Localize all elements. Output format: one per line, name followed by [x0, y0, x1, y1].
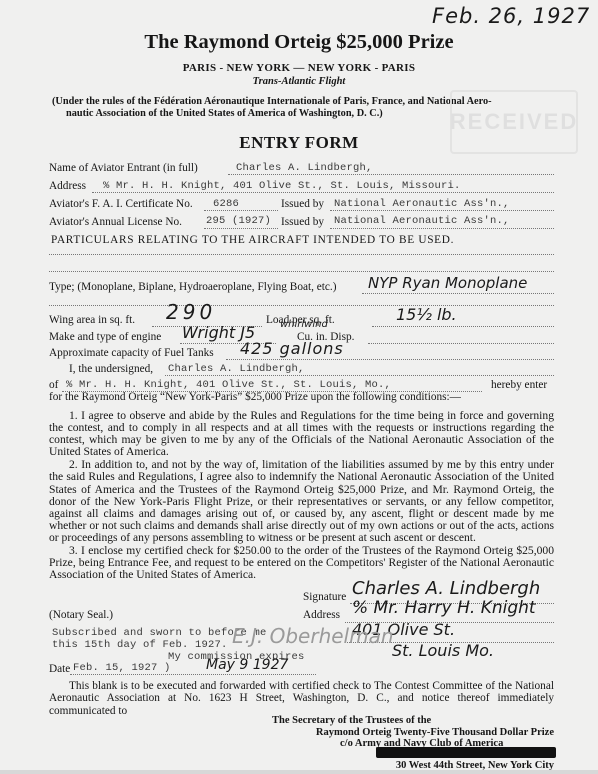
blank-line-2: [49, 271, 554, 272]
notary-seal: (Notary Seal.): [49, 609, 113, 621]
sig-address-label: Address: [303, 609, 340, 621]
conditions-text: 1. I agree to observe and abide by the R…: [49, 410, 554, 581]
fai-issued-value[interactable]: National Aeronautic Ass'n.,: [334, 198, 510, 210]
engine-label: Make and type of engine: [49, 331, 161, 343]
license-issued-value[interactable]: National Aeronautic Ass'n.,: [334, 215, 510, 227]
fai-issued-line: [330, 210, 554, 211]
blank-line-1: [49, 254, 554, 255]
document-title: The Raymond Orteig $25,000 Prize: [0, 31, 598, 54]
redaction-bar: [376, 747, 556, 758]
annual-license-label: Aviator's Annual License No.: [49, 216, 182, 228]
condition-3: 3. I enclose my certified check for $250…: [49, 545, 554, 581]
address-value[interactable]: % Mr. H. H. Knight, 401 Olive St., St. L…: [103, 180, 461, 192]
signature-label: Signature: [303, 591, 346, 603]
name-label: Name of Aviator Entrant (in full): [49, 162, 198, 174]
rules-note-line1: (Under the rules of the Fédération Aéron…: [52, 96, 492, 107]
undersigned-line: [165, 375, 554, 376]
name-value[interactable]: Charles A. Lindbergh,: [236, 162, 373, 174]
aircraft-heading: PARTICULARS RELATING TO THE AIRCRAFT INT…: [51, 234, 454, 246]
notary-signature: E.J. Oberhelman: [232, 624, 394, 648]
fuel-line: [226, 359, 554, 360]
route-line: PARIS - NEW YORK — NEW YORK - PARIS: [0, 62, 598, 74]
sig-address-line-1[interactable]: % Mr. Harry H. Knight: [352, 598, 536, 618]
load-value[interactable]: 15½ lb.: [396, 305, 457, 324]
annual-license-line: [204, 228, 278, 229]
conditions-intro: for the Raymond Orteig “New York-Paris” …: [49, 391, 461, 403]
wing-area-value[interactable]: 290: [166, 300, 216, 324]
recipient-line-2: Raymond Orteig Twenty-Five Thousand Doll…: [316, 727, 554, 738]
undersigned-label: I, the undersigned,: [69, 363, 153, 375]
entry-form-page: Feb. 26, 1927 The Raymond Orteig $25,000…: [0, 0, 598, 774]
fuel-label: Approximate capacity of Fuel Tanks: [49, 347, 214, 359]
sworn-line-2: this 15th day of Feb. 1927.: [52, 639, 228, 651]
license-issued-line: [330, 228, 554, 229]
signature-value[interactable]: Charles A. Lindbergh: [352, 578, 540, 599]
condition-2: 2. In addition to, and not by the way of…: [49, 459, 554, 544]
date-label: Date: [49, 663, 70, 675]
license-issued-label: Issued by: [281, 216, 324, 228]
fai-certificate-line: [204, 210, 278, 211]
page-bottom-edge: [0, 770, 598, 774]
rules-note-line2: nautic Association of the United States …: [66, 108, 383, 119]
engine-annotation: whirlwind: [280, 319, 328, 330]
type-value[interactable]: NYP Ryan Monoplane: [368, 274, 527, 292]
type-label: Type; (Monoplane, Biplane, Hydroaeroplan…: [49, 281, 337, 293]
fai-issued-label: Issued by: [281, 198, 324, 210]
undersigned-value[interactable]: Charles A. Lindbergh,: [168, 363, 305, 375]
disp-line: [368, 343, 554, 344]
form-heading: ENTRY FORM: [0, 133, 598, 153]
date-line: [70, 674, 316, 675]
fuel-value[interactable]: 425 gallons: [240, 339, 344, 358]
instructions-text: This blank is to be executed and forward…: [49, 680, 554, 717]
hereby-enter: hereby enter: [491, 379, 547, 391]
blank-line-3: [49, 305, 554, 306]
recipient-line-1: The Secretary of the Trustees of the: [272, 715, 431, 726]
of-value[interactable]: % Mr. H. H. Knight, 401 Olive St., St. L…: [66, 379, 391, 391]
type-line: [362, 293, 554, 294]
sig-address-line-3[interactable]: St. Louis Mo.: [392, 641, 494, 660]
condition-1: 1. I agree to observe and abide by the R…: [49, 410, 554, 458]
fai-certificate-label: Aviator's F. A. I. Certificate No.: [49, 198, 193, 210]
fai-certificate-value[interactable]: 6286: [213, 198, 239, 210]
load-line: [372, 326, 554, 327]
subtitle: Trans-Atlantic Flight: [0, 76, 598, 87]
handwritten-date: Feb. 26, 1927: [432, 4, 590, 28]
date-value[interactable]: Feb. 15, 1927 ): [73, 662, 171, 674]
address-line: [92, 192, 554, 193]
footer-instructions: This blank is to be executed and forward…: [49, 680, 554, 717]
commission-value[interactable]: May 9 1927: [206, 657, 288, 673]
address-label: Address: [49, 180, 86, 192]
name-line: [228, 174, 554, 175]
annual-license-value[interactable]: 295 (1927): [206, 215, 271, 227]
of-label: of: [49, 379, 58, 391]
wing-area-label: Wing area in sq. ft.: [49, 314, 135, 326]
